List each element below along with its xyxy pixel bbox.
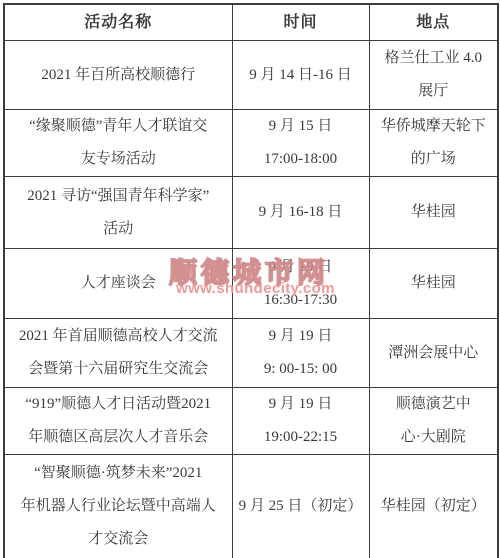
cell-location: 华侨城摩天轮下 的广场: [369, 110, 498, 177]
header-location: 地点: [369, 4, 498, 41]
table-row: 2021 年首届顺德高校人才交流 会暨第十六届研究生交流会 9 月 19 日 9…: [4, 319, 498, 388]
cell-activity-name: 2021 年百所高校顺德行: [4, 41, 232, 110]
cell-location: 潭洲会展中心: [369, 319, 498, 388]
table-row: 2021 寻访“强国青年科学家” 活动 9 月 16-18 日 华桂园: [4, 177, 498, 249]
cell-location: 华桂园: [369, 177, 498, 249]
cell-time: 9 月 14 日-16 日: [232, 41, 369, 110]
cell-time: 9 月 16-18 日: [232, 177, 369, 249]
cell-activity-name: 2021 年首届顺德高校人才交流 会暨第十六届研究生交流会: [4, 319, 232, 388]
table-row: “缘聚顺德”青年人才联谊交 友专场活动 9 月 15 日 17:00-18:00…: [4, 110, 498, 177]
table-row: “智聚顺德·筑梦未来”2021 年机器人行业论坛暨中高端人 才交流会 9 月 2…: [4, 455, 498, 558]
document-page: 活动名称 时间 地点 2021 年百所高校顺德行 9 月 14 日-16 日 格…: [0, 0, 500, 558]
cell-activity-name: 人才座谈会: [4, 249, 232, 319]
cell-location: 华桂园（初定）: [369, 455, 498, 558]
header-activity-name: 活动名称: [4, 4, 232, 41]
cell-location: 华桂园: [369, 249, 498, 319]
cell-time: 9 月 19 日 19:00-22:15: [232, 388, 369, 455]
table-row: 人才座谈会 9 月 19 日 16:30-17:30 华桂园: [4, 249, 498, 319]
cell-activity-name: “缘聚顺德”青年人才联谊交 友专场活动: [4, 110, 232, 177]
cell-location: 顺德演艺中 心·大剧院: [369, 388, 498, 455]
cell-time: 9 月 19 日 9: 00-15: 00: [232, 319, 369, 388]
cell-time: 9 月 25 日（初定）: [232, 455, 369, 558]
cell-activity-name: “919”顺德人才日活动暨2021 年顺德区高层次人才音乐会: [4, 388, 232, 455]
cell-location: 格兰仕工业 4.0 展厅: [369, 41, 498, 110]
events-table: 活动名称 时间 地点 2021 年百所高校顺德行 9 月 14 日-16 日 格…: [3, 3, 499, 558]
cell-activity-name: “智聚顺德·筑梦未来”2021 年机器人行业论坛暨中高端人 才交流会: [4, 455, 232, 558]
cell-time: 9 月 15 日 17:00-18:00: [232, 110, 369, 177]
header-time: 时间: [232, 4, 369, 41]
table-row: “919”顺德人才日活动暨2021 年顺德区高层次人才音乐会 9 月 19 日 …: [4, 388, 498, 455]
cell-activity-name: 2021 寻访“强国青年科学家” 活动: [4, 177, 232, 249]
table-header-row: 活动名称 时间 地点: [4, 4, 498, 41]
cell-time: 9 月 19 日 16:30-17:30: [232, 249, 369, 319]
table-row: 2021 年百所高校顺德行 9 月 14 日-16 日 格兰仕工业 4.0 展厅: [4, 41, 498, 110]
